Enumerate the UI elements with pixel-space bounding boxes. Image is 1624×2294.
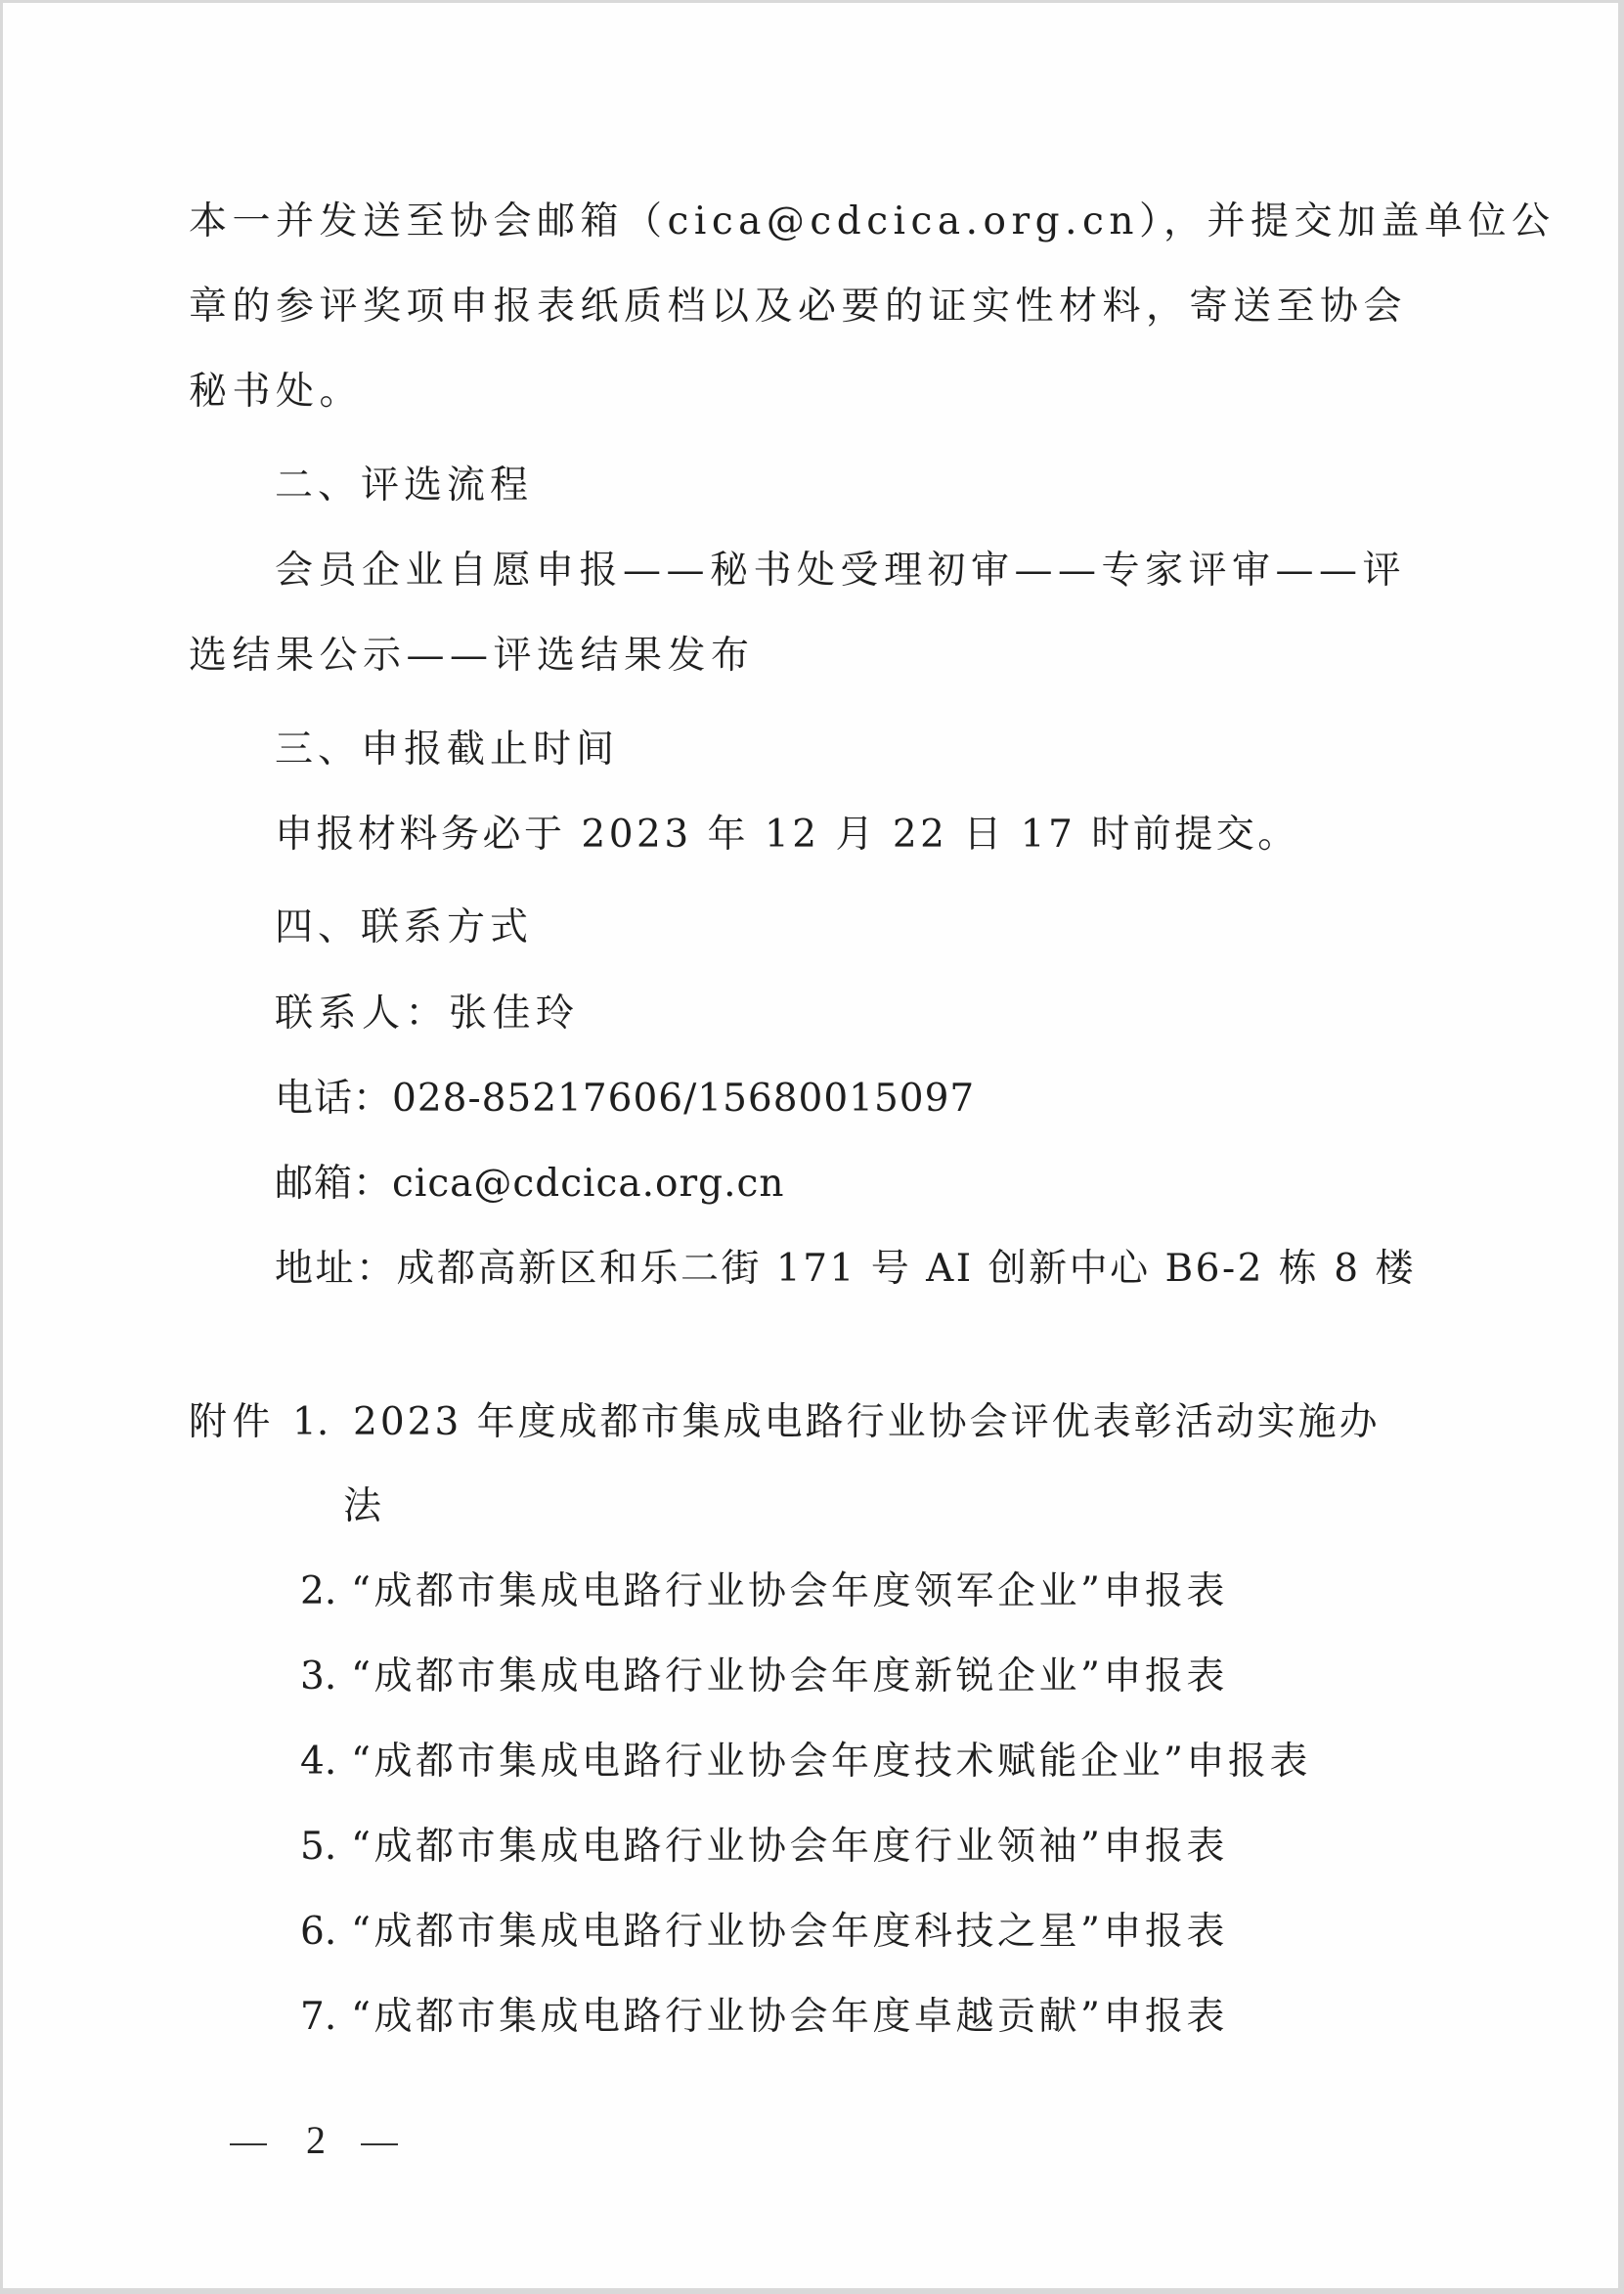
section-heading-deadline: 三、申报截止时间 <box>275 727 619 773</box>
deadline-text: 申报材料务必于 2023 年 12 月 22 日 17 时前提交。 <box>275 812 1299 859</box>
contact-email: 邮箱：cica@cdcica.org.cn <box>275 1161 784 1208</box>
contact-person: 联系人：张佳玲 <box>275 991 580 1037</box>
page-number-dash-right <box>361 2143 398 2145</box>
attachment-7-title: “成都市集成电路行业协会年度卓越贡献”申报表 <box>351 1994 1228 2041</box>
page-number: 2 <box>230 2117 398 2164</box>
attachment-1-number: 1. <box>292 1399 329 1446</box>
selection-process-line-1: 会员企业自愿申报——秘书处受理初审——专家评审——评 <box>275 548 1406 595</box>
selection-process-line-2: 选结果公示——评选结果发布 <box>189 633 755 680</box>
attachment-3-number: 3. <box>300 1654 336 1700</box>
attachment-3-title: “成都市集成电路行业协会年度新锐企业”申报表 <box>351 1654 1228 1700</box>
paragraph-line-1: 本一并发送至协会邮箱（cica@cdcica.org.cn），并提交加盖单位公 <box>189 199 1555 245</box>
contact-phone: 电话：028-85217606/15680015097 <box>275 1076 975 1123</box>
paragraph-line-3: 秘书处。 <box>189 369 363 416</box>
attachment-2-title: “成都市集成电路行业协会年度领军企业”申报表 <box>351 1568 1228 1615</box>
paragraph-line-2: 章的参评奖项申报表纸质档以及必要的证实性材料，寄送至协会 <box>189 284 1407 331</box>
attachment-4-title: “成都市集成电路行业协会年度技术赋能企业”申报表 <box>351 1739 1311 1786</box>
attachment-1-title-continued: 法 <box>343 1483 381 1530</box>
attachment-5-title: “成都市集成电路行业协会年度行业领袖”申报表 <box>351 1824 1228 1871</box>
attachment-1-title: 2023 年度成都市集成电路行业协会评优表彰活动实施办 <box>353 1399 1381 1446</box>
attachment-2-number: 2. <box>300 1568 336 1615</box>
page-number-dash-left <box>230 2143 267 2145</box>
attachment-6-number: 6. <box>300 1909 336 1956</box>
attachment-5-number: 5. <box>300 1824 336 1871</box>
document-page: 本一并发送至协会邮箱（cica@cdcica.org.cn），并提交加盖单位公 … <box>3 3 1618 2288</box>
page-number-value: 2 <box>306 2117 326 2164</box>
attachment-6-title: “成都市集成电路行业协会年度科技之星”申报表 <box>351 1909 1228 1956</box>
attachment-4-number: 4. <box>300 1739 336 1786</box>
section-heading-contact: 四、联系方式 <box>275 904 533 951</box>
attachment-7-number: 7. <box>300 1994 336 2041</box>
section-heading-selection-process: 二、评选流程 <box>275 463 533 509</box>
attachments-label: 附件 <box>189 1399 276 1446</box>
contact-address: 地址：成都高新区和乐二街 171 号 AI 创新中心 B6-2 栋 8 楼 <box>275 1246 1416 1293</box>
